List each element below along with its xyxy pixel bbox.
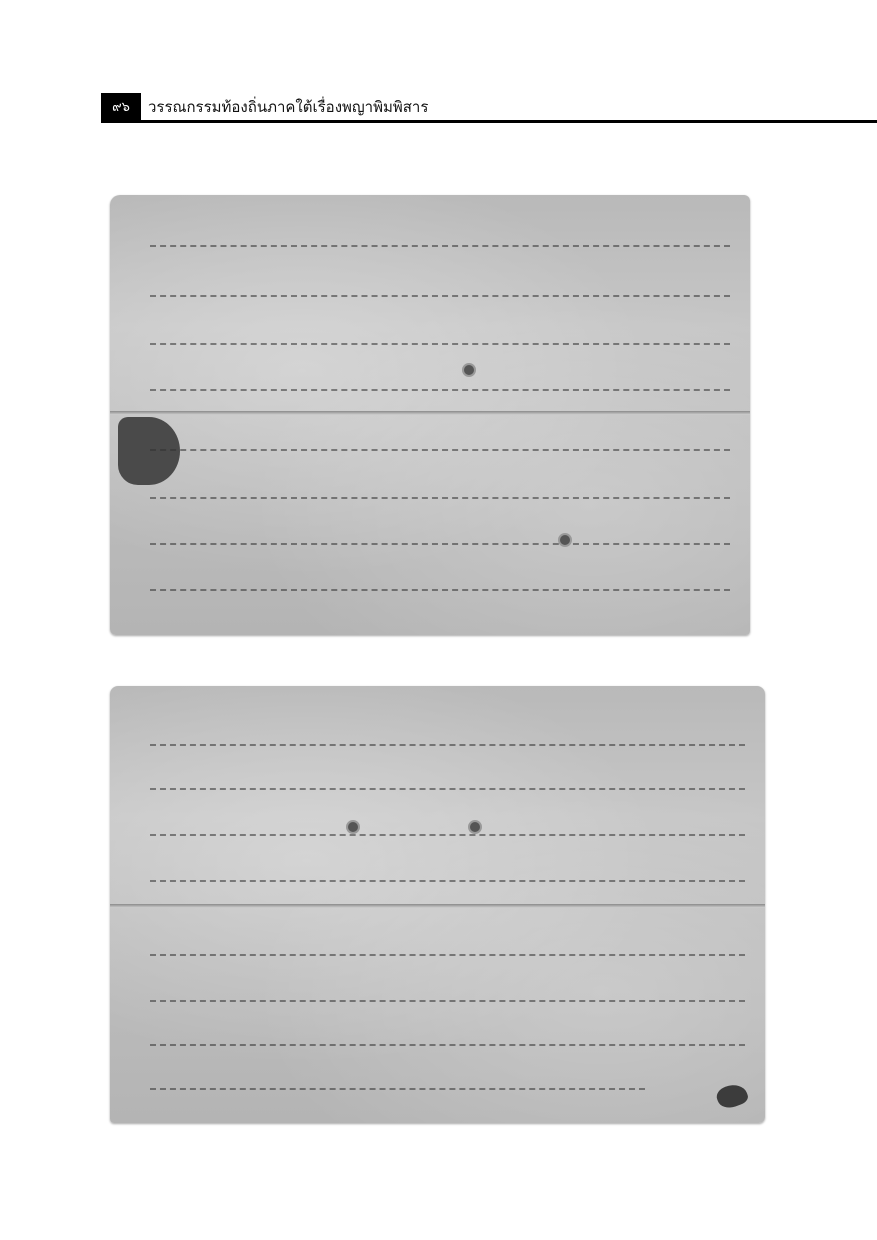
punctuation-mark [462,363,476,377]
running-title: วรรณกรรมท้องถิ่นภาคใต้เรื่องพญาพิมพิสาร [148,96,428,118]
punctuation-mark [468,820,482,834]
punctuation-mark [346,820,360,834]
ink-stain [714,1081,750,1112]
script-line [150,1086,645,1090]
fold-crease [110,904,765,908]
script-line [150,587,730,591]
script-line [150,786,745,790]
script-line [150,495,730,499]
page-number: ๙๖ [101,93,141,122]
script-line [150,952,745,956]
fold-crease [110,411,750,415]
script-line [150,293,730,297]
binding-hole [118,417,180,485]
punctuation-mark [558,533,572,547]
manuscript-image-1 [110,195,750,635]
script-line [150,387,730,391]
script-line [150,742,745,746]
script-line [150,878,745,882]
script-line [150,998,745,1002]
script-line [150,541,730,545]
script-line [150,243,730,247]
script-line [150,341,730,345]
manuscript-image-2 [110,686,765,1123]
page-header: ๙๖ วรรณกรรมท้องถิ่นภาคใต้เรื่องพญาพิมพิส… [101,93,877,123]
header-rule [101,120,877,123]
script-line [150,1042,745,1046]
script-line [150,832,745,836]
script-line [150,447,730,451]
